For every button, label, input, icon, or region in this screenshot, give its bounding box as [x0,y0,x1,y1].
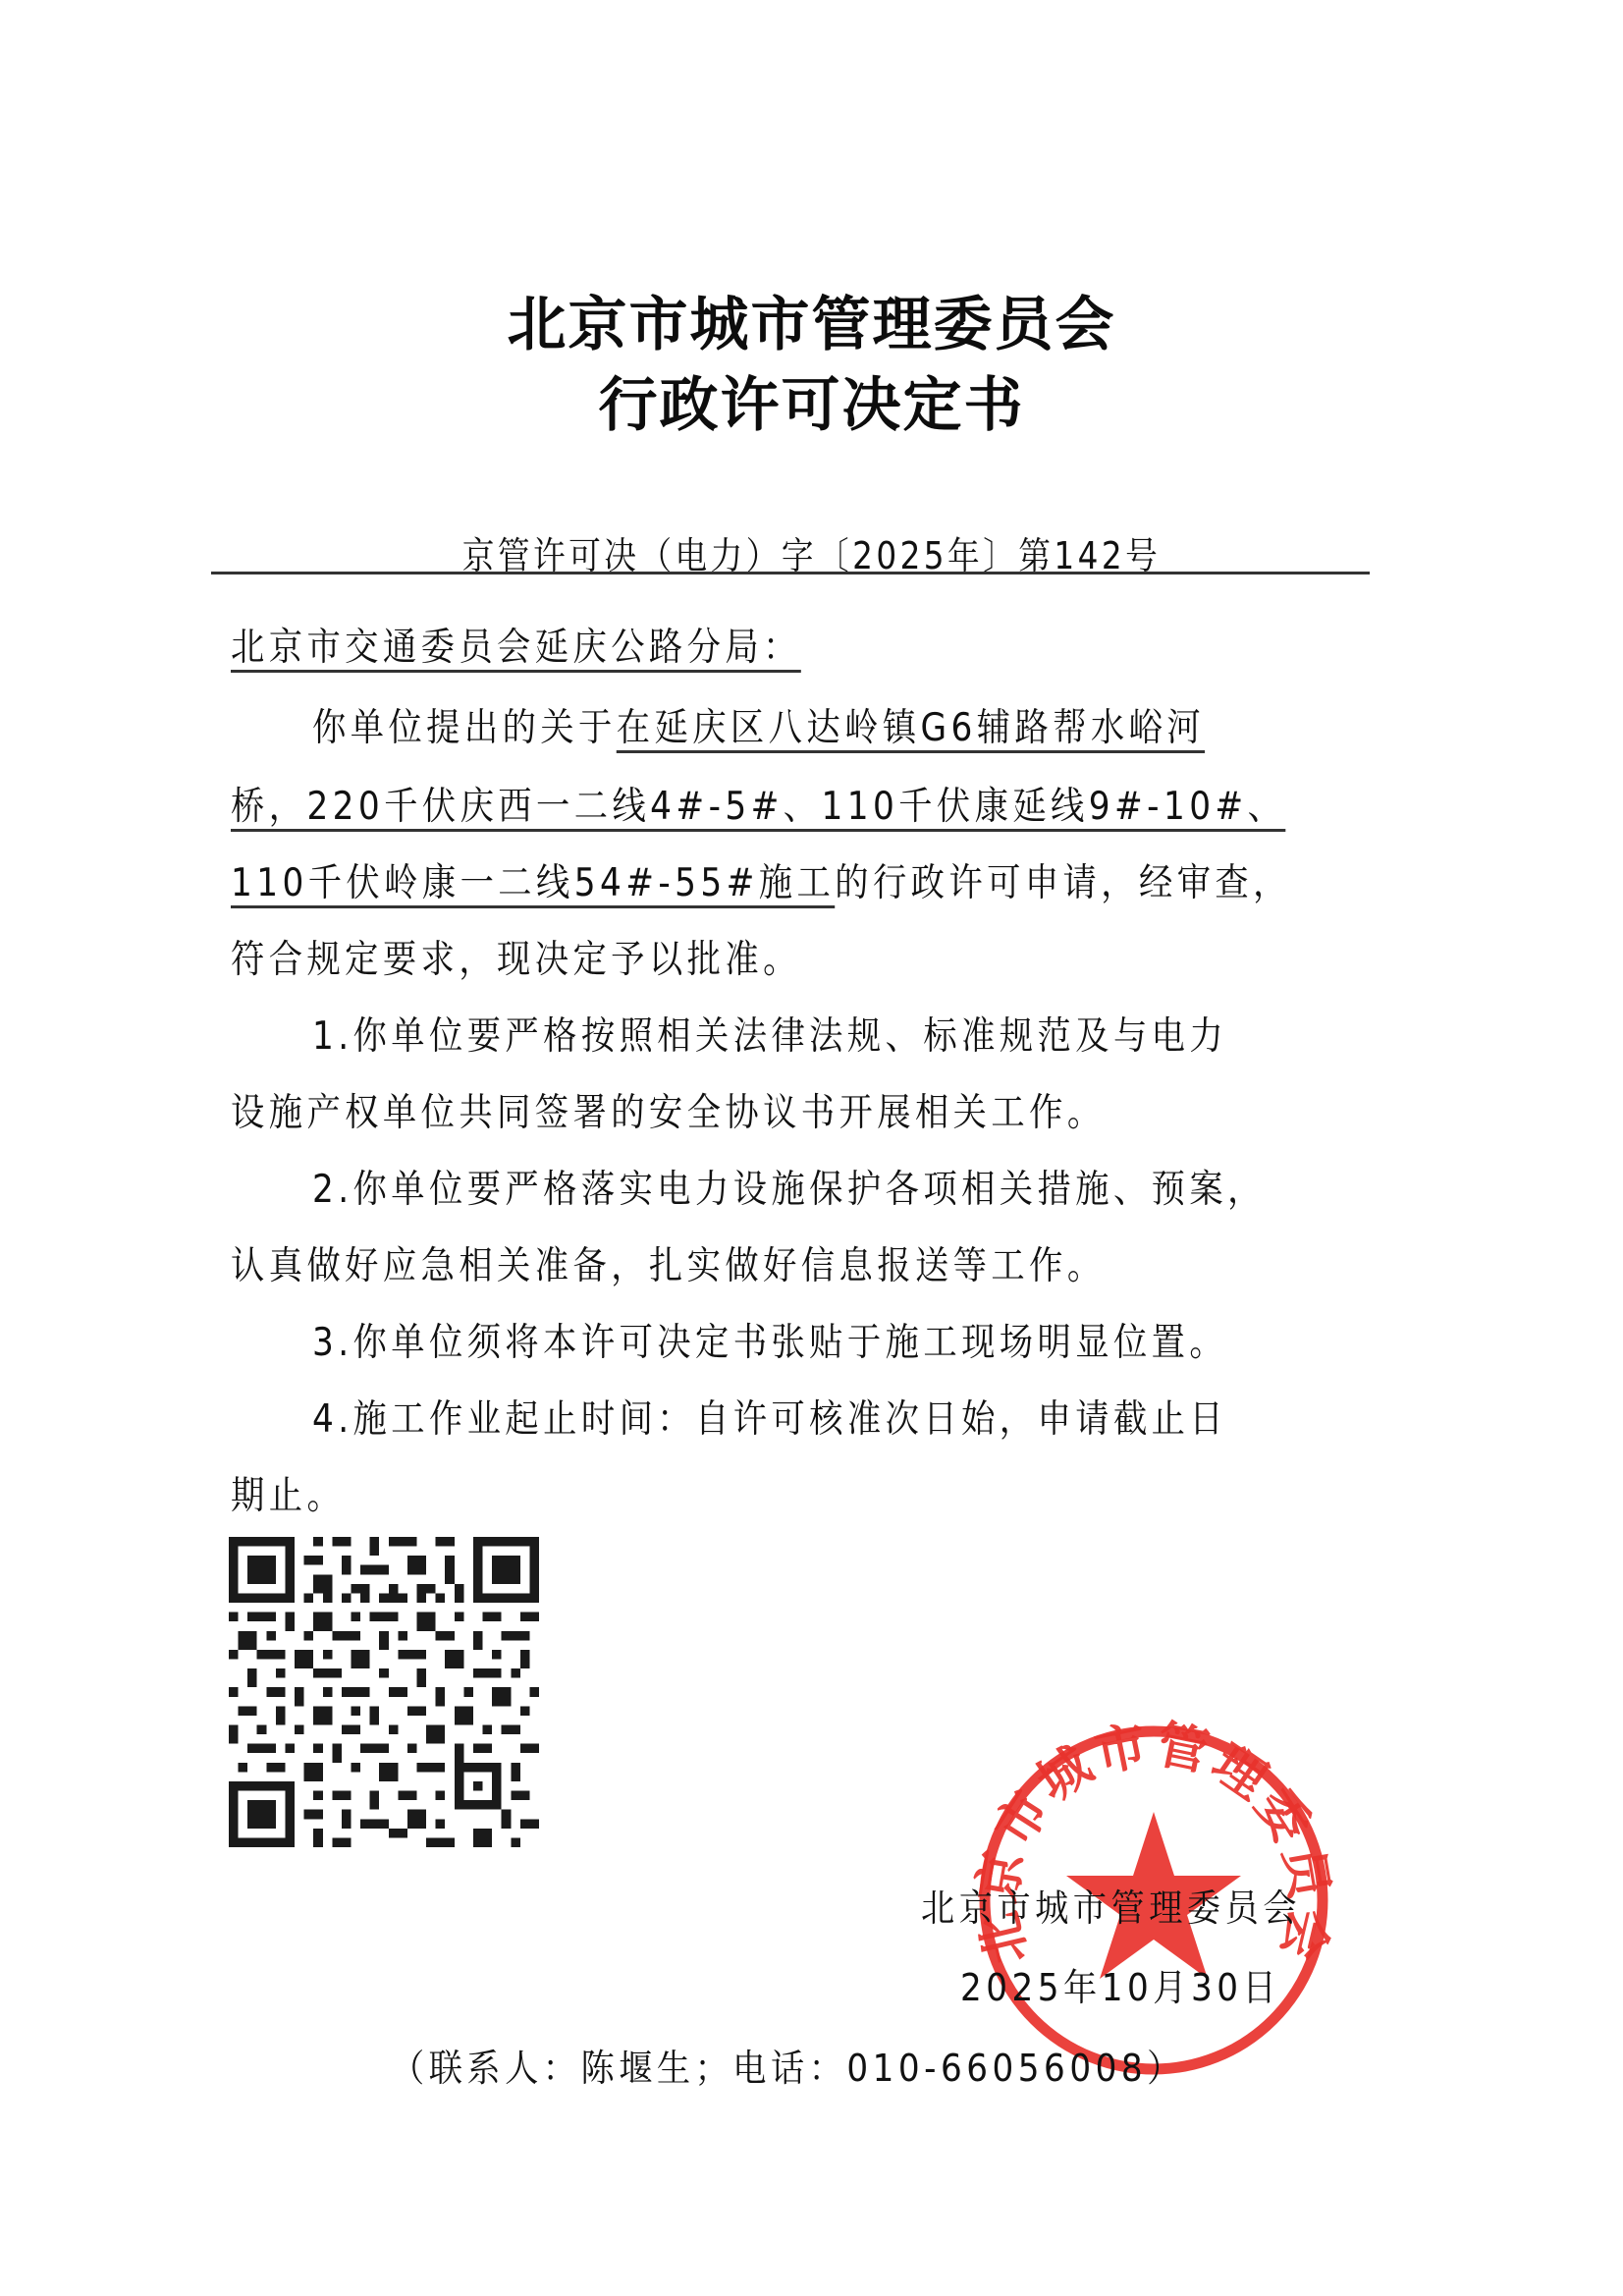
issue-date: 2025年10月30日 [960,1957,1280,2011]
intro-line-3: 110千伏岭康一二线54#-55#施工的行政许可申请，经审查， [231,852,1291,907]
header-divider [211,572,1370,574]
item-1-line-1: 1.你单位要严格按照相关法律法规、标准规范及与电力 [312,1006,1227,1061]
intro-line-2: 桥，220千伏庆西一二线4#-5#、110千伏康延线9#-10#、 [231,776,1285,831]
intro-line-1: 你单位提出的关于在延庆区八达岭镇G6辅路帮水峪河 [312,697,1205,752]
doc-title: 行政许可决定书 [0,358,1623,443]
permit-decision-document: 北京市城市管理委员会 行政许可决定书 京管许可决（电力）字〔2025年〕第142… [0,0,1623,2296]
item-4-line-2: 期止。 [231,1465,345,1520]
item-2-line-2: 认真做好应急相关准备，扎实做好信息报送等工作。 [231,1235,1106,1290]
addressee: 北京市交通委员会延庆公路分局： [231,617,801,672]
issuer-org: 北京市城市管理委员会 [921,1878,1301,1932]
item-4-line-1: 4.施工作业起止时间：自许可核准次日始，申请截止日 [312,1389,1227,1444]
intro-line-4: 符合规定要求，现决定予以批准。 [231,929,801,984]
item-2-line-1: 2.你单位要严格落实电力设施保护各项相关措施、预案， [312,1159,1266,1214]
org-title: 北京市城市管理委员会 [0,278,1623,362]
item-1-line-2: 设施产权单位共同签署的安全协议书开展相关工作。 [231,1082,1106,1137]
item-3-line-1: 3.你单位须将本许可决定书张贴于施工现场明显位置。 [312,1312,1227,1367]
contact-info: （联系人：陈堰生；电话：010-66056008） [391,2038,1185,2092]
qr-code-icon [229,1537,539,1847]
